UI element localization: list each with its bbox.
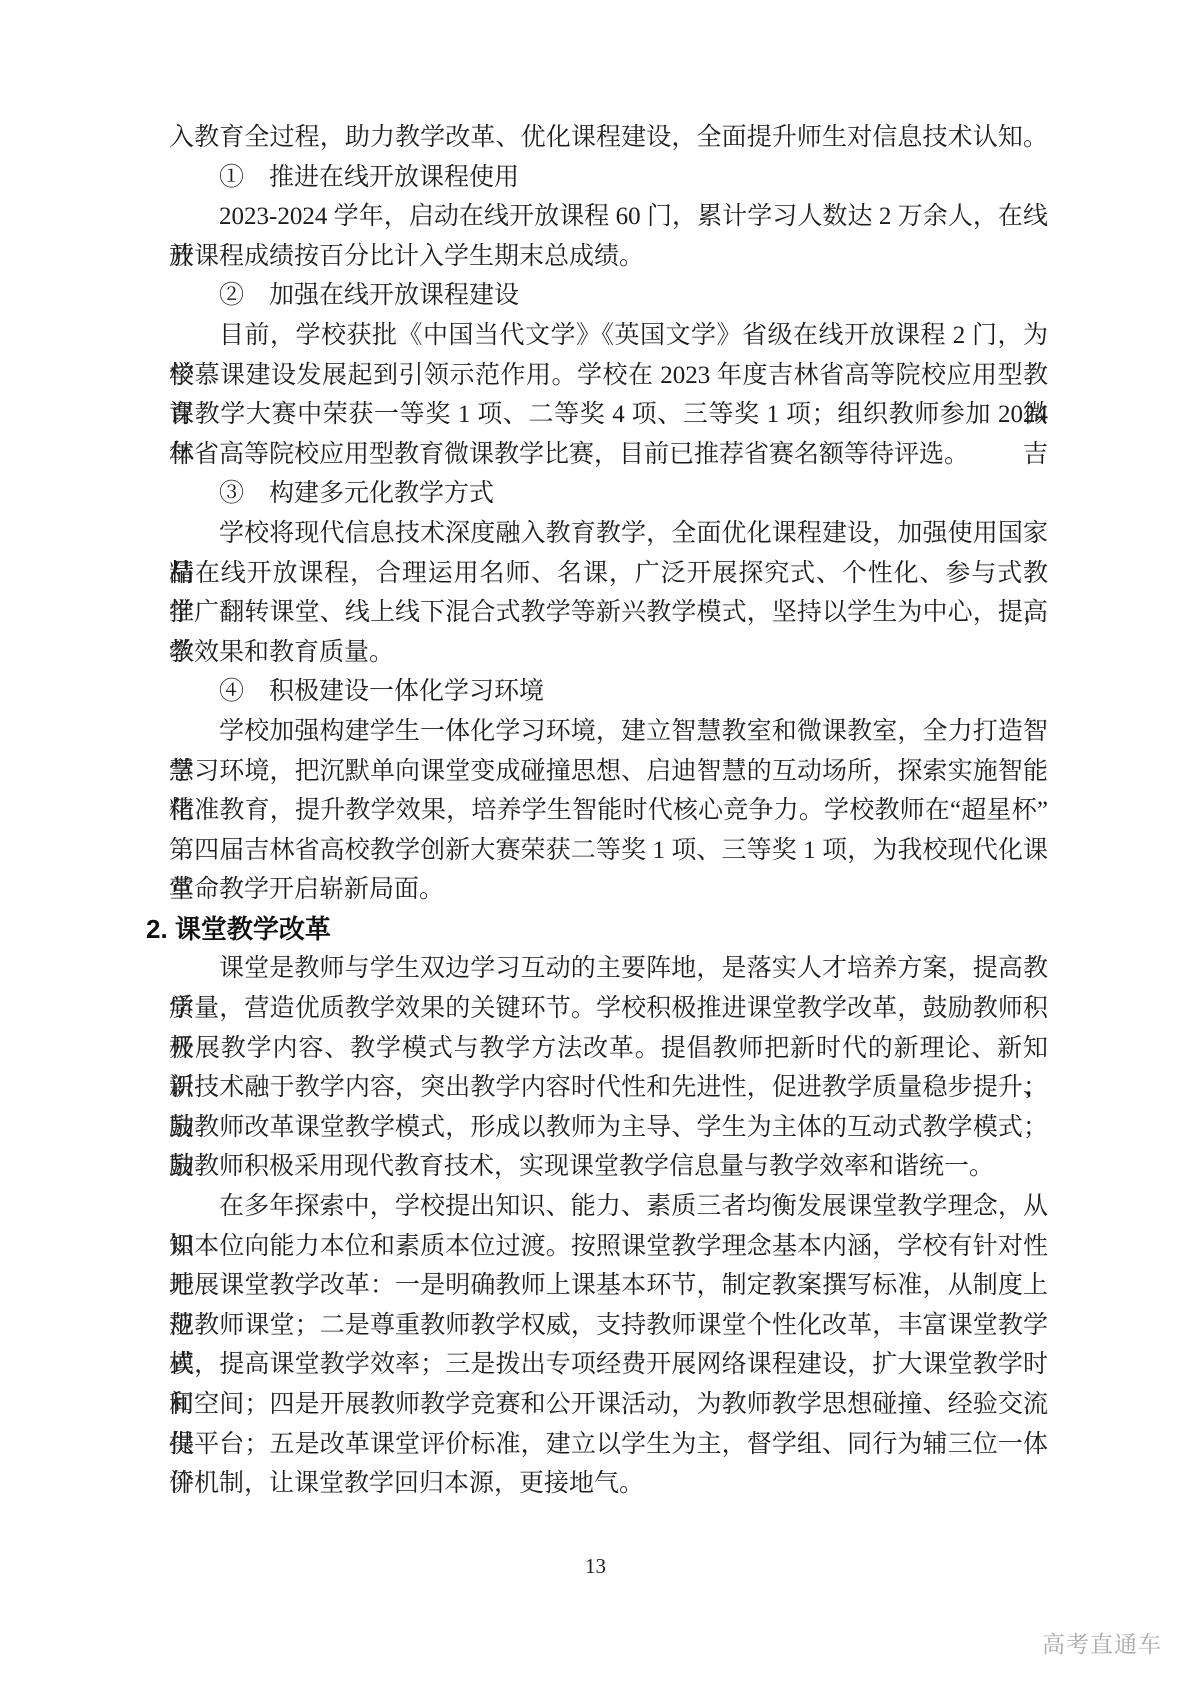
text-line: 第四届吉林省高校教学创新大赛荣获二等奖 1 项、三等奖 1 项，为我校现代化课堂 [169, 831, 1048, 871]
text-line: ④ 积极建设一体化学习环境 [169, 672, 1048, 712]
text-line: ① 推进在线开放课程使用 [169, 158, 1048, 198]
text-line: 学习环境，把沉默单向课堂变成碰撞思想、启迪智慧的互动场所，探索实施智能化 [169, 752, 1048, 792]
text-line: 入教育全过程，助力教学改革、优化课程建设，全面提升师生对信息技术认知。 [169, 118, 1048, 158]
section-heading: 2. 课堂教学改革 [146, 910, 1048, 950]
text-line: 识本位向能力本位和素质本位过渡。按照课堂教学理念基本内涵，学校有针对性地 [169, 1227, 1048, 1267]
text-line: 学校加强构建学生一体化学习环境，建立智慧教室和微课教室，全力打造智慧 [169, 712, 1048, 752]
text-line: 放课程成绩按百分比计入学生期末总成绩。 [169, 237, 1048, 277]
text-line: ③ 构建多元化教学方式 [169, 474, 1048, 514]
text-line: 供平台；五是改革课堂评价标准，建立以学生为主，督学组、同行为辅三位一体评 [169, 1425, 1048, 1465]
text-line: 质量，营造优质教学效果的关键环节。学校积极推进课堂教学改革，鼓励教师积极 [169, 989, 1048, 1029]
text-line: 精准教育，提升教学效果，培养学生智能时代核心竞争力。学校教师在“超星杯” [169, 791, 1048, 831]
page-number: 13 [0, 1554, 1191, 1579]
document-page: 入教育全过程，助力教学改革、优化课程建设，全面提升师生对信息技术认知。① 推进在… [0, 0, 1191, 1684]
text-line: 2023-2024 学年，启动在线开放课程 60 门，累计学习人数达 2 万余人… [169, 197, 1048, 237]
text-line: 推广翻转课堂、线上线下混合式教学等新兴教学模式，坚持以学生为中心，提高教 [169, 593, 1048, 633]
text-line: 课教学大赛中荣获一等奖 1 项、二等奖 4 项、三等奖 1 项；组织教师参加 2… [169, 395, 1048, 435]
watermark: 高考直通车 [1042, 1626, 1162, 1659]
text-line: 励教师积极采用现代教育技术，实现课堂教学信息量与教学效率和谐统一。 [169, 1147, 1048, 1187]
text-line: 励教师改革课堂教学模式，形成以教师为主导、学生为主体的互动式教学模式；鼓 [169, 1108, 1048, 1148]
text-line: 学校将现代信息技术深度融入教育教学，全面优化课程建设，加强使用国家精 [169, 514, 1048, 554]
text-line: 品在线开放课程，合理运用名师、名课，广泛开展探究式、个性化、参与式教学， [169, 554, 1048, 594]
text-line: 校慕课建设发展起到引领示范作用。学校在 2023 年度吉林省高等院校应用型教育微 [169, 356, 1048, 396]
text-line: 革命教学开启崭新局面。 [169, 870, 1048, 910]
text-line: ② 加强在线开放课程建设 [169, 276, 1048, 316]
text-line: 林省高等院校应用型教育微课教学比赛，目前已推荐省赛名额等待评选。 [169, 435, 1048, 475]
text-line: 开展教学内容、教学模式与教学方法改革。提倡教师把新时代的新理论、新知识、 [169, 1029, 1048, 1069]
text-line: 开展课堂教学改革：一是明确教师上课基本环节，制定教案撰写标准，从制度上规 [169, 1266, 1048, 1306]
text-line: 目前，学校获批《中国当代文学》《英国文学》省级在线开放课程 2 门，为学 [169, 316, 1048, 356]
text-line: 新技术融于教学内容，突出教学内容时代性和先进性，促进教学质量稳步提升；鼓 [169, 1068, 1048, 1108]
text-line: 在多年探索中，学校提出知识、能力、素质三者均衡发展课堂教学理念，从知 [169, 1187, 1048, 1227]
text-line: 学效果和教育质量。 [169, 633, 1048, 673]
text-line: 范教师课堂；二是尊重教师教学权威，支持教师课堂个性化改革，丰富课堂教学模 [169, 1306, 1048, 1346]
text-line: 式，提高课堂教学效率；三是拨出专项经费开展网络课程建设，扩大课堂教学时间 [169, 1345, 1048, 1385]
text-line: 课堂是教师与学生双边学习互动的主要阵地，是落实人才培养方案，提高教学 [169, 949, 1048, 989]
text-line: 和空间；四是开展教师教学竞赛和公开课活动，为教师教学思想碰撞、经验交流提 [169, 1385, 1048, 1425]
text-block: 入教育全过程，助力教学改革、优化课程建设，全面提升师生对信息技术认知。① 推进在… [169, 118, 1048, 1504]
text-line: 价机制，让课堂教学回归本源，更接地气。 [169, 1464, 1048, 1504]
